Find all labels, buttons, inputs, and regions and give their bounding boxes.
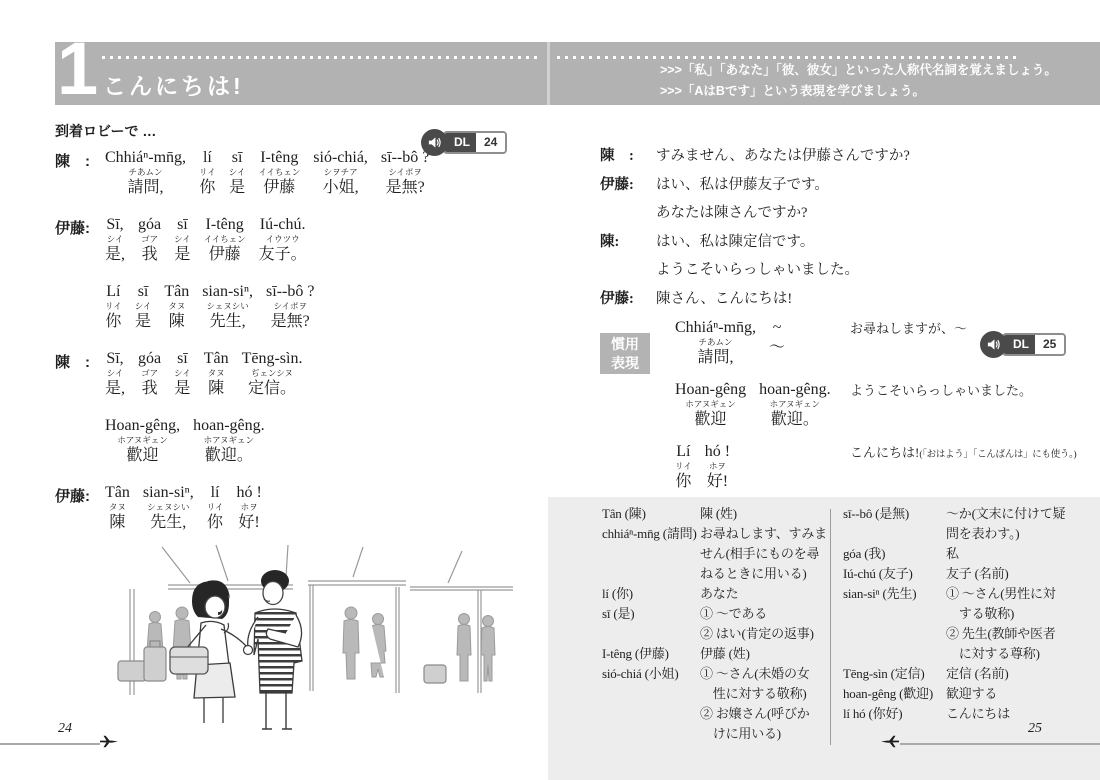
romanization: Tân (105, 483, 130, 502)
translation-row: 陳 :すみません、あなたは伊藤さんですか? (600, 142, 1080, 171)
vocab-definition: ① 〜である② はい(肯定の返事) (700, 604, 814, 644)
translation-row: 陳:はい、私は陳定信です。 (600, 228, 1080, 257)
dialogue-word: sió-chiá,シヲチア小姐, (313, 148, 368, 198)
dialogue-word: góaゴア我 (138, 215, 161, 265)
translation-text: はい、私は陳定信です。 (656, 228, 814, 257)
dialogue-word: líリイ你 (207, 483, 224, 533)
vocab-definition-line: ① 〜さん(男性に対 (946, 584, 1056, 604)
translation-row: あなたは陳さんですか? (600, 199, 1080, 228)
hanzi: 陳 (164, 311, 189, 332)
romanization: Tân (204, 349, 229, 368)
furigana: ホヲ (705, 461, 730, 471)
romanization: sī (174, 215, 191, 234)
vocab-term: sī (是) (602, 604, 700, 644)
furigana: ゴア (138, 368, 161, 378)
romanization: I-têng (258, 148, 300, 167)
man-figure (244, 570, 303, 729)
romanization: Sī, (105, 349, 125, 368)
dialogue-word: sīシイ是 (229, 148, 246, 198)
textbook-spread: 1 こんにちは! >>>「私」「あなた」「彼、彼女」といった人称代名詞を覚えまし… (0, 0, 1100, 780)
word-row: Sī,シイ是,góaゴア我sīシイ是Tânタヌ陳Tēng-sìn.ぢェンシヌ定信… (105, 349, 302, 398)
speaker-label: 伊藤: (55, 483, 105, 532)
dialogue-word: sian-siⁿ,シェヌシい先生, (143, 483, 194, 533)
furigana: タヌ (204, 368, 229, 378)
speaker-label: 伊藤: (600, 171, 656, 200)
vocab-entry: sī--bô (是無)〜か(文末に付けて疑問を表わす。) (843, 504, 1065, 544)
vocab-definition-line: する敬称) (946, 604, 1056, 624)
hanzi: 好! (236, 512, 261, 533)
dialogue-word: Chhiáⁿ-mn̄g,チあムン請問, (105, 148, 186, 198)
translation-text: 陳さん、こんにちは! (656, 285, 792, 314)
shoulder-bag (170, 647, 208, 674)
vocab-definition-line: 陳 (姓) (700, 504, 737, 524)
vocab-entry: hoan-gêng (歡迎)歓迎する (843, 684, 1065, 704)
romanization: lí (199, 148, 216, 167)
idiom-label-line: 表現 (600, 354, 650, 373)
vocab-definition-line: ① 〜さん(未婚の女 (700, 664, 810, 684)
vocab-entry: Tân (陳)陳 (姓) (602, 504, 827, 524)
page-rule (0, 743, 100, 745)
unit-title: こんにちは! (103, 68, 244, 101)
hanzi: 陳 (204, 378, 229, 399)
vocab-term: sió-chiá (小姐) (602, 664, 700, 744)
vocab-entry: sī (是)① 〜である② はい(肯定の返事) (602, 604, 827, 644)
translation-text: あなたは陳さんですか? (656, 199, 807, 228)
speaker-label (55, 282, 105, 331)
dialogue-word: sīシイ是 (174, 349, 191, 399)
vocab-definition: 陳 (姓) (700, 504, 737, 524)
lesson-goal-line: >>>「AはBです」という表現を学びましょう。 (660, 81, 1057, 102)
arrival-lobby-illustration (58, 543, 523, 738)
vocab-column-left: Tân (陳)陳 (姓)chhiáⁿ-mn̄g (請問)お尋ねします、すみません… (602, 504, 827, 744)
vocab-entry: góa (我)私 (843, 544, 1065, 564)
speaker-label: 陳: (600, 228, 656, 257)
romanization: Chhiáⁿ-mn̄g, (675, 318, 756, 337)
word-row: Hoan-gêngホアヌギェン歡迎hoan-gêng.ホアヌギェン歡迎。 (675, 380, 850, 430)
speaker-label (600, 199, 656, 228)
page-number: 24 (58, 721, 72, 737)
page-number: 25 (1028, 721, 1042, 737)
furigana: シイ (174, 234, 191, 244)
idiom-note: (「おはよう」「こんばんは」にも使う。) (919, 450, 1076, 460)
idiom-section-label: 慣用 表現 (600, 333, 650, 374)
dialogue-word: sīシイ是 (174, 215, 191, 265)
vocab-term: lí (你) (602, 584, 700, 604)
romanization: sī--bô ? (381, 148, 429, 167)
vocab-definition-line: ねるときに用いる) (700, 564, 827, 584)
dl-number-box: DL 25 (1002, 333, 1066, 356)
translation-row: 伊藤:はい、私は伊藤友子です。 (600, 171, 1080, 200)
scene-label: 到着ロビーで … (55, 121, 156, 141)
furigana: タヌ (164, 301, 189, 311)
dl-label: DL (1004, 335, 1035, 354)
romanization: Sī, (105, 215, 125, 234)
speaker-label: 陳 : (55, 148, 105, 197)
furigana: シヲチア (313, 167, 368, 177)
hanzi: 是 (135, 311, 152, 332)
idiom-meaning: ようこそいらっしゃいました。 (850, 380, 1032, 430)
dialogue-word: hó !ホヲ好! (705, 442, 730, 492)
vocab-definition: 私 (946, 544, 959, 564)
dialogue-word: líリイ你 (199, 148, 216, 198)
dialogue-word: Hoan-gêng,ホアヌギェン歡迎 (105, 416, 180, 466)
airplane-icon (99, 735, 120, 748)
lesson-goal-line: >>>「私」「あなた」「彼、彼女」といった人称代名詞を覚えましょう。 (660, 60, 1057, 81)
unit-number: 1 (57, 34, 98, 104)
translation-text: ようこそいらっしゃいました。 (656, 256, 859, 285)
furigana: シイ (174, 368, 191, 378)
romanization: sian-siⁿ, (202, 282, 253, 301)
furigana: シイ (105, 234, 125, 244)
vocab-entry: Tēng-sìn (定信)定信 (名前) (843, 664, 1065, 684)
idiom-meaning: こんにちは!(「おはよう」「こんばんは」にも使う。) (850, 442, 1076, 492)
bg-person (457, 614, 471, 682)
hanzi: 是無? (381, 177, 429, 198)
furigana: リイ (199, 167, 216, 177)
romanization: sī--bô ? (266, 282, 314, 301)
hanzi: 是, (105, 244, 125, 265)
word-row: Sī,シイ是,góaゴア我sīシイ是I-têngイイちェン伊藤Iú-chú.イウ… (105, 215, 307, 264)
vocab-definition-line: せん(相手にものを尋 (700, 544, 827, 564)
word-row: Hoan-gêng,ホアヌギェン歡迎hoan-gêng.ホアヌギェン歡迎。 (105, 416, 265, 465)
translation-row: ようこそいらっしゃいました。 (600, 256, 1080, 285)
speaker-icon (421, 129, 448, 156)
word-row: Chhiáⁿ-mn̄g,チあムン請問,líリイ你sīシイ是I-têngイイちェン… (105, 148, 429, 197)
translation-row: 伊藤:陳さん、こんにちは! (600, 285, 1080, 314)
vocab-term: I-têng (伊藤) (602, 644, 700, 664)
hanzi: 歡迎 (675, 409, 746, 430)
romanization: Hoan-gêng, (105, 416, 180, 435)
dotted-rule (102, 56, 540, 59)
furigana: イイちェン (204, 234, 246, 244)
dialogue-word: Chhiáⁿ-mn̄g,チあムン請問, (675, 318, 756, 368)
hanzi: 定信。 (242, 378, 303, 399)
romanization: Lí (105, 282, 122, 301)
hanzi: 陳 (105, 512, 130, 533)
dialogue-word: Sī,シイ是, (105, 215, 125, 265)
furigana: リイ (675, 461, 692, 471)
dialogue-line: 陳 :Sī,シイ是,góaゴア我sīシイ是Tânタヌ陳Tēng-sìn.ぢェンシ… (55, 349, 545, 398)
vocab-entry: lí (你)あなた (602, 584, 827, 604)
romanization: sī (174, 349, 191, 368)
handshake (244, 646, 253, 655)
furigana: ホアヌギェン (675, 399, 746, 409)
translation-block: 陳 :すみません、あなたは伊藤さんですか?伊藤:はい、私は伊藤友子です。あなたは… (600, 142, 1080, 313)
column-divider (830, 509, 831, 745)
hanzi: 友子。 (259, 244, 307, 265)
hanzi: 是 (229, 177, 246, 198)
vocab-entry: I-têng (伊藤)伊藤 (姓) (602, 644, 827, 664)
page-rule (900, 743, 1100, 745)
hanzi: 歡迎 (105, 445, 180, 466)
dialogue-word: I-têngイイちェン伊藤 (258, 148, 300, 198)
vocab-term: lí hó (你好) (843, 704, 946, 724)
audio-dl-badge: DL 25 (980, 331, 1066, 358)
vocab-definition-line: 問を表わす。) (946, 524, 1065, 544)
dialogue-word: Tânタヌ陳 (204, 349, 229, 399)
idiom-row: Hoan-gêngホアヌギェン歡迎hoan-gêng.ホアヌギェン歡迎。ようこそ… (675, 380, 1100, 430)
furigana: チあムン (105, 167, 186, 177)
vocab-definition-line: ② 先生(教師や医者 (946, 624, 1056, 644)
furigana: シイ (135, 301, 152, 311)
hanzi: 先生, (143, 512, 194, 533)
vocab-term: Tēng-sìn (定信) (843, 664, 946, 684)
bg-person (481, 616, 495, 682)
speaker-label (55, 416, 105, 465)
hanzi: 是 (174, 244, 191, 265)
airplane-icon (879, 735, 900, 748)
vocab-term: hoan-gêng (歡迎) (843, 684, 946, 704)
romanization: góa (138, 349, 161, 368)
furigana: タヌ (105, 502, 130, 512)
speaker-label: 伊藤: (600, 285, 656, 314)
idiom-label-line: 慣用 (600, 335, 650, 354)
vocab-definition-line: お尋ねします、すみま (700, 524, 827, 544)
romanization: Hoan-gêng (675, 380, 746, 399)
romanization: ~ (769, 318, 785, 337)
hanzi: 你 (675, 471, 692, 492)
idiom-meaning: お尋ねしますが、〜 (850, 318, 967, 368)
romanization: góa (138, 215, 161, 234)
dialogue-word: sī--bô ?シイポヲ是無? (266, 282, 314, 332)
vocab-definition: 友子 (名前) (946, 564, 1009, 584)
furigana: イウツウ (259, 234, 307, 244)
vocab-definition: こんにちは (946, 704, 1010, 724)
romanization: Chhiáⁿ-mn̄g, (105, 148, 186, 167)
speaker-label: 陳 : (55, 349, 105, 398)
word-row: Tânタヌ陳sian-siⁿ,シェヌシい先生,líリイ你hó !ホヲ好! (105, 483, 262, 532)
dialogue-line: 伊藤:Sī,シイ是,góaゴア我sīシイ是I-têngイイちェン伊藤Iú-chú… (55, 215, 545, 264)
romanization: lí (207, 483, 224, 502)
vocab-definition-line: ② はい(肯定の返事) (700, 624, 814, 644)
dialogue-word: hoan-gêng.ホアヌギェン歡迎。 (193, 416, 265, 466)
romanization: Tēng-sìn. (242, 349, 303, 368)
translation-text: すみません、あなたは伊藤さんですか? (656, 142, 910, 171)
vocab-definition: ① 〜さん(未婚の女 性に対する敬称)② お嬢さん(呼びか けに用いる) (700, 664, 810, 744)
dialogue-word: I-têngイイちェン伊藤 (204, 215, 246, 265)
dialogue-line: Líリイ你sīシイ是Tânタヌ陳sian-siⁿ,シェヌシい先生,sī--bô … (55, 282, 545, 331)
dialogue-word: Tânタヌ陳 (164, 282, 189, 332)
romanization: hoan-gêng. (759, 380, 831, 399)
furigana: シェヌシい (202, 301, 253, 311)
hanzi: 小姐, (313, 177, 368, 198)
vocab-definition-line: 性に対する敬称) (700, 684, 810, 704)
dialogue-word: hoan-gêng.ホアヌギェン歡迎。 (759, 380, 831, 430)
romanization: Lí (675, 442, 692, 461)
hanzi: 你 (199, 177, 216, 198)
speaker-label (600, 256, 656, 285)
romanization: sī (229, 148, 246, 167)
dialogue-block: 陳 :Chhiáⁿ-mn̄g,チあムン請問,líリイ你sīシイ是I-têngイイ… (55, 148, 545, 550)
vocab-entry: chhiáⁿ-mn̄g (請問)お尋ねします、すみません(相手にものを尋ねるとき… (602, 524, 827, 584)
dialogue-line: 陳 :Chhiáⁿ-mn̄g,チあムン請問,líリイ你sīシイ是I-têngイイ… (55, 148, 545, 197)
hanzi: 請問, (675, 347, 756, 368)
vocab-definition-line: けに用いる) (700, 724, 810, 744)
vocab-entry: Iú-chú (友子)友子 (名前) (843, 564, 1065, 584)
furigana: ホアヌギェン (193, 435, 265, 445)
dialogue-word: sīシイ是 (135, 282, 152, 332)
dialogue-word: Sī,シイ是, (105, 349, 125, 399)
speaker-icon (980, 331, 1007, 358)
dialogue-word: Tânタヌ陳 (105, 483, 130, 533)
furigana: ホアヌギェン (759, 399, 831, 409)
vocab-definition: 〜か(文末に付けて疑問を表わす。) (946, 504, 1065, 544)
vocab-entry: sió-chiá (小姐)① 〜さん(未婚の女 性に対する敬称)② お嬢さん(呼… (602, 664, 827, 744)
vocab-term: Iú-chú (友子) (843, 564, 946, 584)
dialogue-word: hó !ホヲ好! (236, 483, 261, 533)
hanzi: 是 (174, 378, 191, 399)
dialogue-word: sī--bô ?シイポヲ是無? (381, 148, 429, 198)
vocab-definition-line: ② お嬢さん(呼びか (700, 704, 810, 724)
woman-figure (170, 580, 247, 723)
speaker-label: 陳 : (600, 142, 656, 171)
bg-person (343, 607, 359, 679)
hanzi: 好! (705, 471, 730, 492)
dialogue-word: góaゴア我 (138, 349, 161, 399)
romanization: sió-chiá, (313, 148, 368, 167)
vocab-definition-line: あなた (700, 584, 738, 604)
dialogue-word: Iú-chú.イウツウ友子。 (259, 215, 307, 265)
vocab-definition-line: に対する尊称) (946, 644, 1056, 664)
vocab-definition-line: ① 〜である (700, 604, 814, 624)
hanzi: 我 (138, 378, 161, 399)
furigana: シイポヲ (381, 167, 429, 177)
dialogue-word: sian-siⁿ,シェヌシい先生, (202, 282, 253, 332)
vocab-term: sian-siⁿ (先生) (843, 584, 946, 664)
translation-text: はい、私は伊藤友子です。 (656, 171, 829, 200)
dialogue-line: 伊藤:Tânタヌ陳sian-siⁿ,シェヌシい先生,líリイ你hó !ホヲ好! (55, 483, 545, 532)
hanzi: 是, (105, 378, 125, 399)
furigana: ホアヌギェン (105, 435, 180, 445)
hanzi: 歡迎。 (193, 445, 265, 466)
word-row: Chhiáⁿ-mn̄g,チあムン請問,~〜 (675, 318, 850, 368)
furigana: チあムン (675, 337, 756, 347)
vocab-definition: お尋ねします、すみません(相手にものを尋ねるときに用いる) (700, 524, 827, 584)
furigana: シェヌシい (143, 502, 194, 512)
dialogue-word: Hoan-gêngホアヌギェン歡迎 (675, 380, 746, 430)
vocab-definition-line: 伊藤 (姓) (700, 644, 750, 664)
vocab-term: sī--bô (是無) (843, 504, 946, 544)
furigana: シイ (105, 368, 125, 378)
hanzi: 〜 (769, 337, 785, 358)
furigana: イイちェン (258, 167, 300, 177)
hanzi: 先生, (202, 311, 253, 332)
furigana: シイポヲ (266, 301, 314, 311)
lesson-goals: >>>「私」「あなた」「彼、彼女」といった人称代名詞を覚えましょう。 >>>「A… (660, 60, 1057, 102)
vocab-term: góa (我) (843, 544, 946, 564)
dotted-rule (557, 56, 1019, 59)
dialogue-word: Tēng-sìn.ぢェンシヌ定信。 (242, 349, 303, 399)
vocab-definition: ① 〜さん(男性に対 する敬称)② 先生(教師や医者 に対する尊称) (946, 584, 1056, 664)
romanization: Iú-chú. (259, 215, 307, 234)
page-spine-seam (547, 42, 550, 105)
speaker-label: 伊藤: (55, 215, 105, 264)
vocab-definition-line: 友子 (名前) (946, 564, 1009, 584)
hanzi: 伊藤 (204, 244, 246, 265)
furigana: ぢェンシヌ (242, 368, 303, 378)
bg-person (371, 614, 386, 678)
romanization: hoan-gêng. (193, 416, 265, 435)
dialogue-line: Hoan-gêng,ホアヌギェン歡迎hoan-gêng.ホアヌギェン歡迎。 (55, 416, 545, 465)
romanization: sī (135, 282, 152, 301)
furigana: ゴア (138, 234, 161, 244)
vocab-term: chhiáⁿ-mn̄g (請問) (602, 524, 700, 584)
dialogue-word: Líリイ你 (105, 282, 122, 332)
vocab-column-right: sī--bô (是無)〜か(文末に付けて疑問を表わす。)góa (我)私Iú-c… (843, 504, 1065, 724)
vocab-definition-line: 歓迎する (946, 684, 997, 704)
furigana: ホヲ (236, 502, 261, 512)
dl-number: 25 (1035, 335, 1064, 354)
idiom-row: Líリイ你hó !ホヲ好!こんにちは!(「おはよう」「こんばんは」にも使う。) (675, 442, 1100, 492)
vocab-definition: 伊藤 (姓) (700, 644, 750, 664)
vocab-definition-line: 定信 (名前) (946, 664, 1009, 684)
vocab-definition: あなた (700, 584, 738, 604)
word-row: Líリイ你hó !ホヲ好! (675, 442, 850, 492)
hanzi: 你 (105, 311, 122, 332)
vocab-definition: 歓迎する (946, 684, 997, 704)
furigana: リイ (105, 301, 122, 311)
hanzi: 是無? (266, 311, 314, 332)
dialogue-word: ~〜 (769, 318, 785, 358)
romanization: hó ! (236, 483, 261, 502)
hanzi: 伊藤 (258, 177, 300, 198)
romanization: Tân (164, 282, 189, 301)
hanzi: 請問, (105, 177, 186, 198)
furigana: シイ (229, 167, 246, 177)
furigana: リイ (207, 502, 224, 512)
vocab-term: Tân (陳) (602, 504, 700, 524)
dialogue-word: Líリイ你 (675, 442, 692, 492)
vocab-entry: sian-siⁿ (先生)① 〜さん(男性に対 する敬称)② 先生(教師や医者 … (843, 584, 1065, 664)
romanization: I-têng (204, 215, 246, 234)
romanization: hó ! (705, 442, 730, 461)
vocab-definition-line: 私 (946, 544, 959, 564)
romanization: sian-siⁿ, (143, 483, 194, 502)
vocab-definition-line: こんにちは (946, 704, 1010, 724)
word-row: Líリイ你sīシイ是Tânタヌ陳sian-siⁿ,シェヌシい先生,sī--bô … (105, 282, 314, 331)
hanzi: 你 (207, 512, 224, 533)
vocab-definition-line: 〜か(文末に付けて疑 (946, 504, 1065, 524)
vocab-definition: 定信 (名前) (946, 664, 1009, 684)
hanzi: 歡迎。 (759, 409, 831, 430)
hanzi: 我 (138, 244, 161, 265)
